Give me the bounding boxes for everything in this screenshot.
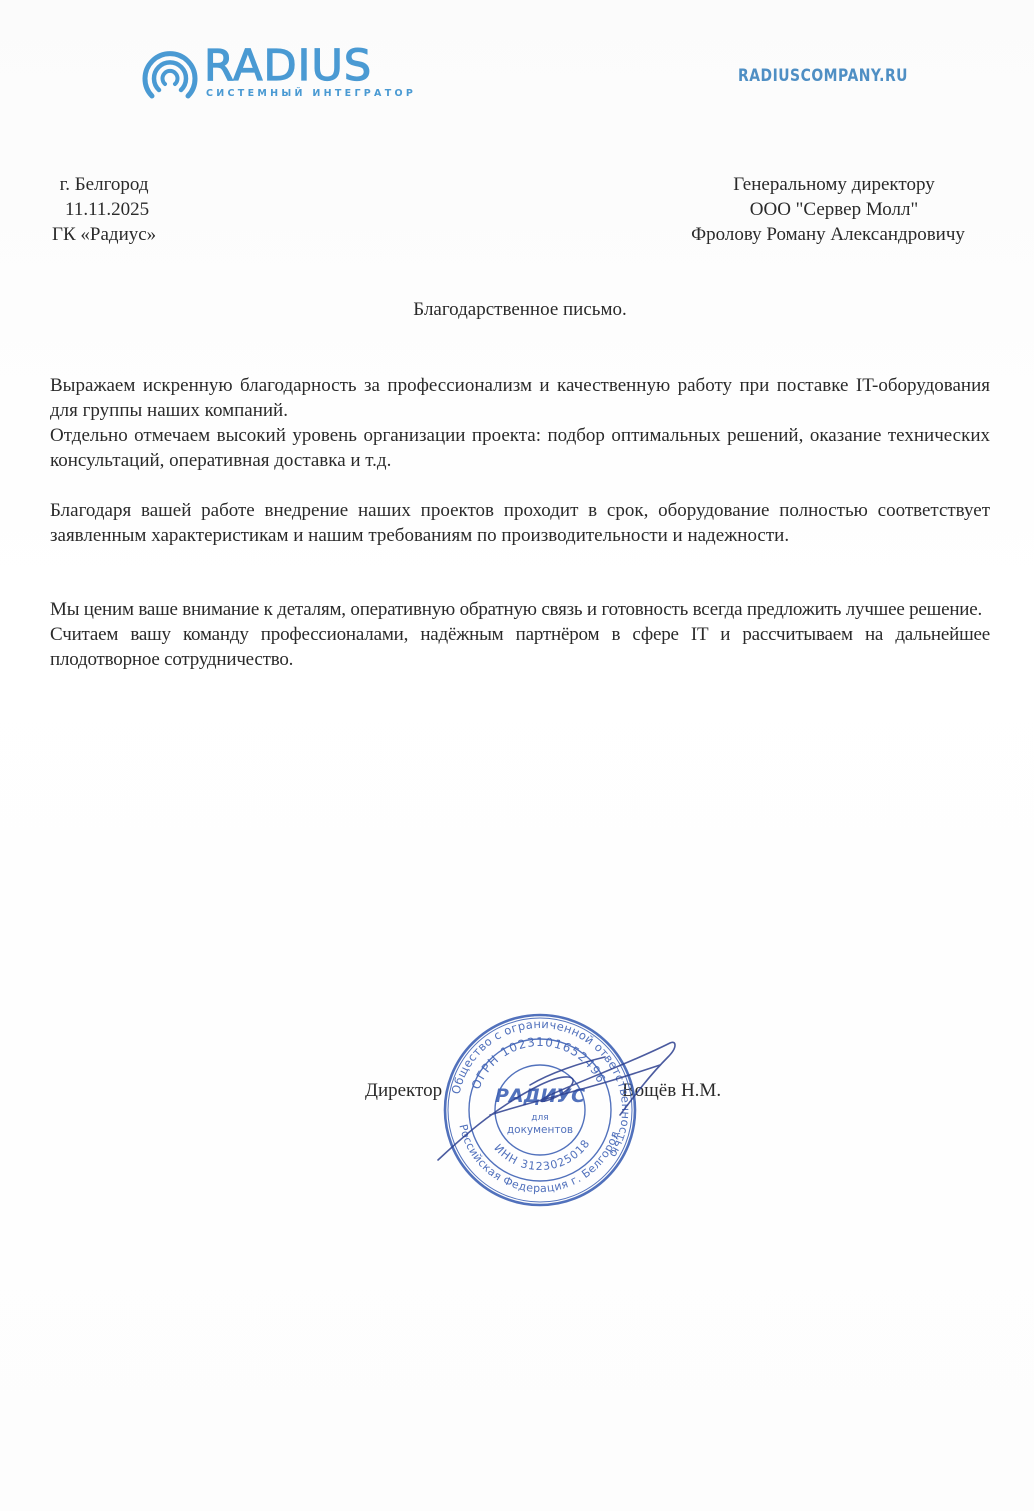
svg-text:*: *	[464, 1133, 469, 1143]
recipient-company: ООО "Сервер Молл"	[660, 197, 996, 222]
recipient-block: Генеральному директору ООО "Сервер Молл"…	[660, 172, 996, 247]
company-logo: RADIUS СИСТЕМНЫЙ ИНТЕГРАТОР	[142, 46, 442, 106]
body-paragraph: Отдельно отмечаем высокий уровень органи…	[50, 423, 990, 473]
body-paragraph: Мы ценим ваше внимание к деталям, операт…	[50, 597, 990, 622]
sender-block: г. Белгород 11.11.2025 ГК «Радиус»	[52, 172, 156, 247]
body-section-2: Благодаря вашей работе внедрение наших п…	[50, 498, 990, 548]
body-paragraph: Благодаря вашей работе внедрение наших п…	[50, 498, 990, 548]
sender-organization: ГК «Радиус»	[52, 222, 156, 247]
signatory-position: Директор	[365, 1078, 442, 1103]
company-website: RADIUSCOMPANY.RU	[738, 66, 908, 86]
stamp-center-line2: документов	[507, 1124, 573, 1136]
recipient-position: Генеральному директору	[660, 172, 996, 197]
company-stamp: Общество с ограниченной ответственностью…	[440, 1010, 640, 1210]
sender-city: г. Белгород	[52, 172, 156, 197]
letter-title: Благодарственное письмо.	[0, 298, 1034, 322]
body-section-1: Выражаем искренную благодарность за проф…	[50, 373, 990, 473]
logo-tagline: СИСТЕМНЫЙ ИНТЕГРАТОР	[206, 88, 416, 99]
body-section-3: Мы ценим ваше внимание к деталям, операт…	[50, 597, 990, 672]
letter-date: 11.11.2025	[52, 197, 156, 222]
recipient-name: Фролову Роману Александровичу	[660, 222, 996, 247]
body-paragraph: Выражаем искренную благодарность за проф…	[50, 373, 990, 423]
stamp-center-line1: для	[531, 1113, 548, 1123]
body-paragraph: Считаем вашу команду профессионалами, на…	[50, 622, 990, 672]
stamp-logo: РАДИУС	[495, 1085, 585, 1107]
logo-wordmark: RADIUS	[204, 42, 372, 90]
svg-text:*: *	[612, 1133, 617, 1143]
letter-page: RADIUS СИСТЕМНЫЙ ИНТЕГРАТОР RADIUSCOMPAN…	[0, 0, 1034, 1511]
radio-waves-icon	[142, 48, 198, 104]
